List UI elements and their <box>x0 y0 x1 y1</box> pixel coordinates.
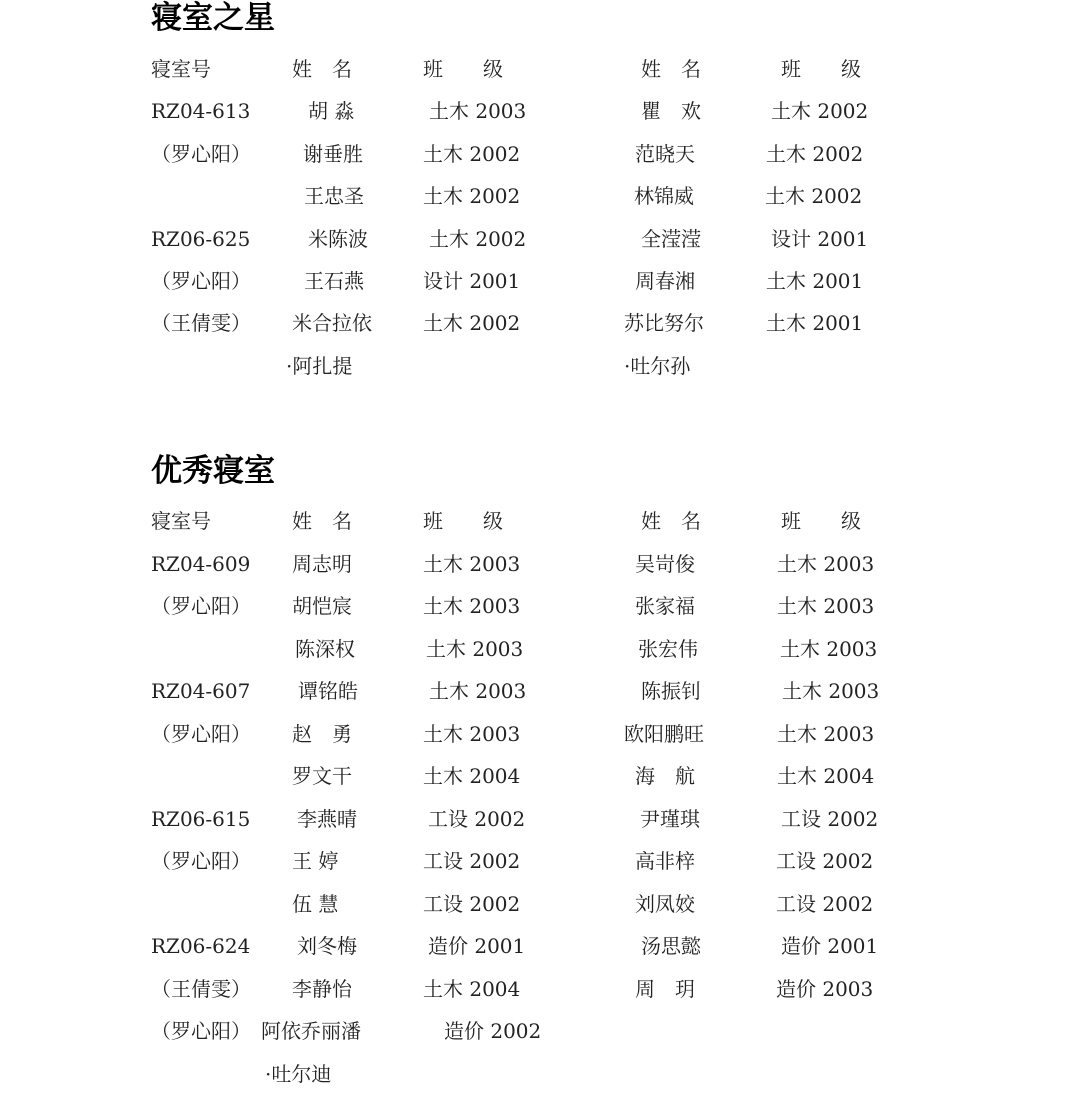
name-cell: 伍 慧 <box>292 892 338 916</box>
name-cell-2: 陈振钊 <box>641 679 701 703</box>
class-cell: 土木 2003 <box>423 722 520 746</box>
class-cell: 土木 2003 <box>423 594 520 618</box>
name-cell-2: 苏比努尔 <box>624 311 704 335</box>
name-cell-2: 欧阳鹏旺 <box>624 722 704 746</box>
name-cell-2: 吴岢俊 <box>635 552 695 576</box>
name-cell-2: 全滢滢 <box>641 227 701 251</box>
class-cell-2: 土木 2003 <box>780 637 877 661</box>
room-cell: （罗心阳） <box>151 269 251 293</box>
class-cell-2: 土木 2002 <box>765 184 862 208</box>
room-cell: RZ06-615 <box>151 807 250 831</box>
header-name: 姓 名 <box>292 509 352 533</box>
room-cell: RZ06-625 <box>151 227 250 251</box>
name-cell: ·阿扎提 <box>286 354 352 378</box>
header-room: 寝室号 <box>151 57 211 81</box>
name-cell: 胡恺宸 <box>292 594 352 618</box>
name-cell: 米合拉依 <box>292 311 372 335</box>
class-cell-2: 土木 2002 <box>766 142 863 166</box>
name-cell: 罗文干 <box>292 764 352 788</box>
room-cell: （王倩雯） <box>151 311 251 335</box>
name-cell-2: 周春湘 <box>635 269 695 293</box>
class-cell: 土木 2002 <box>429 227 526 251</box>
name-cell: 刘冬梅 <box>297 934 357 958</box>
room-cell: （罗心阳） <box>151 142 251 166</box>
header-class-2: 班 级 <box>781 509 861 533</box>
class-cell: 土木 2003 <box>426 637 523 661</box>
class-cell: 造价 2001 <box>428 934 525 958</box>
class-cell: 土木 2003 <box>429 679 526 703</box>
class-cell: 土木 2002 <box>423 311 520 335</box>
class-cell-2: 工设 2002 <box>781 807 878 831</box>
name-cell-2: 尹瑾琪 <box>640 807 700 831</box>
class-cell-2: 土木 2004 <box>777 764 874 788</box>
room-cell: RZ04-609 <box>151 552 250 576</box>
document-page: 寝室之星 寝室号 姓 名 班 级 姓 名 班 级 RZ04-613 胡 淼 土木… <box>0 0 1066 1096</box>
name-cell: 李静怡 <box>292 977 352 1001</box>
name-cell: 陈深权 <box>295 637 355 661</box>
class-cell-2: 土木 2003 <box>777 722 874 746</box>
class-cell: 设计 2001 <box>423 269 520 293</box>
header-class-2: 班 级 <box>781 57 861 81</box>
class-cell-2: 设计 2001 <box>771 227 868 251</box>
class-cell-2: 土木 2003 <box>782 679 879 703</box>
class-cell: 土木 2004 <box>423 977 520 1001</box>
name-cell-2: ·吐尔孙 <box>624 354 690 378</box>
name-cell: 周志明 <box>292 552 352 576</box>
name-cell: 李燕晴 <box>297 807 357 831</box>
header-name-2: 姓 名 <box>641 57 701 81</box>
room-cell: （罗心阳） <box>151 722 251 746</box>
class-cell-2: 工设 2002 <box>776 849 873 873</box>
name-cell: 赵 勇 <box>292 722 352 746</box>
name-cell-2: 范晓天 <box>635 142 695 166</box>
class-cell: 土木 2003 <box>423 552 520 576</box>
class-cell-2: 土木 2001 <box>766 269 863 293</box>
name-cell-2: 汤思懿 <box>641 934 701 958</box>
room-cell: （罗心阳） <box>151 849 251 873</box>
name-cell-2: 刘凤姣 <box>635 892 695 916</box>
class-cell: 土木 2003 <box>429 99 526 123</box>
class-cell: 土木 2002 <box>423 142 520 166</box>
room-cell: RZ04-607 <box>151 679 250 703</box>
name-cell: ·吐尔迪 <box>265 1062 331 1086</box>
name-cell: 胡 淼 <box>308 99 354 123</box>
room-cell: RZ04-613 <box>151 99 250 123</box>
class-cell: 工设 2002 <box>428 807 525 831</box>
name-cell: 米陈波 <box>308 227 368 251</box>
name-cell: 王忠圣 <box>304 184 364 208</box>
class-cell: 土木 2004 <box>423 764 520 788</box>
room-cell: （罗心阳） <box>151 594 251 618</box>
name-cell-2: 周 玥 <box>635 977 695 1001</box>
section-title-dorm-star: 寝室之星 <box>151 0 275 36</box>
class-cell-2: 土木 2003 <box>777 552 874 576</box>
name-cell: 王 婷 <box>292 849 338 873</box>
class-cell: 工设 2002 <box>423 892 520 916</box>
room-cell: （王倩雯） <box>151 977 251 1001</box>
class-cell-2: 土木 2001 <box>766 311 863 335</box>
name-cell: 谢垂胜 <box>303 142 363 166</box>
name-cell: 王石燕 <box>304 269 364 293</box>
name-cell: 谭铭皓 <box>298 679 358 703</box>
name-cell-2: 高非梓 <box>635 849 695 873</box>
name-cell-2: 张宏伟 <box>638 637 698 661</box>
header-class: 班 级 <box>423 509 503 533</box>
class-cell-2: 工设 2002 <box>776 892 873 916</box>
name-cell-2: 瞿 欢 <box>641 99 701 123</box>
class-cell-2: 土木 2003 <box>777 594 874 618</box>
header-name: 姓 名 <box>292 57 352 81</box>
class-cell: 造价 2002 <box>444 1019 541 1043</box>
section-title-excellent-dorm: 优秀寝室 <box>151 453 275 489</box>
class-cell: 土木 2002 <box>423 184 520 208</box>
class-cell: 工设 2002 <box>423 849 520 873</box>
class-cell-2: 造价 2003 <box>776 977 873 1001</box>
name-cell: 阿依乔丽潘 <box>261 1019 361 1043</box>
class-cell-2: 造价 2001 <box>781 934 878 958</box>
header-name-2: 姓 名 <box>641 509 701 533</box>
class-cell-2: 土木 2002 <box>771 99 868 123</box>
name-cell-2: 林锦威 <box>634 184 694 208</box>
header-room: 寝室号 <box>151 509 211 533</box>
name-cell-2: 海 航 <box>635 764 695 788</box>
room-cell: RZ06-624 <box>151 934 250 958</box>
header-class: 班 级 <box>423 57 503 81</box>
room-cell: （罗心阳） <box>151 1019 251 1043</box>
name-cell-2: 张家福 <box>635 594 695 618</box>
